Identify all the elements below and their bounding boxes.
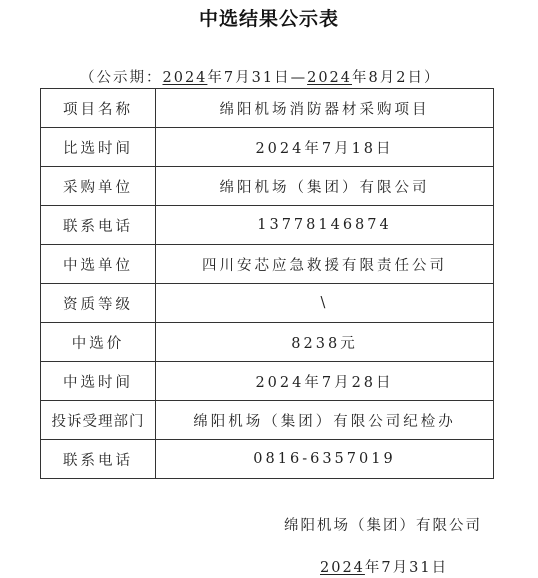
period-end-rest: 年8月2日） <box>352 70 440 86</box>
table-row: 资质等级\ <box>41 284 494 323</box>
row-label: 项目名称 <box>41 89 156 128</box>
row-value: 绵阳机场（集团）有限公司纪检办 <box>156 401 494 440</box>
document-title: 中选结果公示表 <box>0 4 538 31</box>
row-value: 四川安芯应急救援有限责任公司 <box>156 245 494 284</box>
table-row: 中选单位四川安芯应急救援有限责任公司 <box>41 245 494 284</box>
row-value: 2024年7月18日 <box>156 128 494 167</box>
signature-date-rest: 年7月31日 <box>365 560 448 576</box>
table-row: 中选价8238元 <box>41 323 494 362</box>
table-row: 联系电话0816-6357019 <box>41 440 494 479</box>
period-start-rest: 年7月31日— <box>207 70 307 86</box>
table-row: 采购单位绵阳机场（集团）有限公司 <box>41 167 494 206</box>
table-row: 中选时间2024年7月28日 <box>41 362 494 401</box>
table-row: 比选时间2024年7月18日 <box>41 128 494 167</box>
row-value: \ <box>156 284 494 323</box>
row-value: 8238元 <box>156 323 494 362</box>
signature-date-year: 2024 <box>320 560 365 576</box>
row-value: 绵阳机场（集团）有限公司 <box>156 167 494 206</box>
signature-organization: 绵阳机场（集团）有限公司 <box>284 514 482 535</box>
period-end-year: 2024 <box>307 70 352 86</box>
row-label: 比选时间 <box>41 128 156 167</box>
row-label: 中选时间 <box>41 362 156 401</box>
result-table: 项目名称绵阳机场消防器材采购项目 比选时间2024年7月18日 采购单位绵阳机场… <box>40 88 494 479</box>
signature-date: 2024年7月31日 <box>320 556 448 577</box>
row-label: 采购单位 <box>41 167 156 206</box>
row-label: 联系电话 <box>41 206 156 245</box>
row-label: 中选价 <box>41 323 156 362</box>
table-row: 投诉受理部门绵阳机场（集团）有限公司纪检办 <box>41 401 494 440</box>
row-value: 绵阳机场消防器材采购项目 <box>156 89 494 128</box>
row-label: 中选单位 <box>41 245 156 284</box>
row-label: 投诉受理部门 <box>41 401 156 440</box>
row-value: 13778146874 <box>156 206 494 245</box>
row-label: 联系电话 <box>41 440 156 479</box>
row-value: 2024年7月28日 <box>156 362 494 401</box>
period-start-year: 2024 <box>163 70 208 86</box>
period-prefix: （公示期： <box>80 70 163 86</box>
table-row: 项目名称绵阳机场消防器材采购项目 <box>41 89 494 128</box>
table-row: 联系电话13778146874 <box>41 206 494 245</box>
row-value: 0816-6357019 <box>156 440 494 479</box>
publicity-period: （公示期：2024年7月31日—2024年8月2日） <box>80 66 440 87</box>
row-label: 资质等级 <box>41 284 156 323</box>
